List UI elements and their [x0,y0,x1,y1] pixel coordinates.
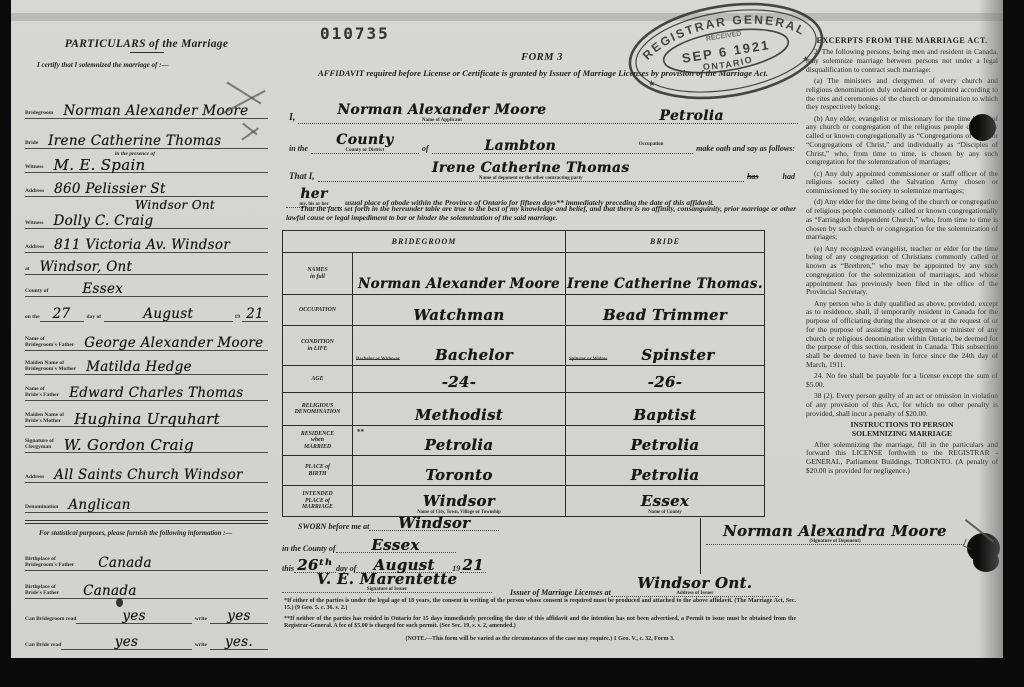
field-witness2: Witness Dolly C. Craig [25,204,268,229]
condition-bride: Spinster or Widow Spinster [566,326,764,366]
note-line: (NOTE.—This form will be varied as the c… [284,636,796,643]
certify-line: I certify that I solemnized the marriage… [25,61,268,69]
excerpt-paragraph: (a) The ministers and clergymen of every… [806,77,998,112]
field-label: Witness [25,221,44,228]
deponent-signature-line: Norman Alexandra Moore (Signature of Dep… [706,524,964,545]
issuer-signature-blank: V. E. Marentette Signature of Issuer [282,572,492,593]
title-rule [130,52,164,53]
blank-sublabel: Occupation [609,142,693,147]
footnote-2: **If neither of the parties has resided … [284,616,796,630]
cell-value: -24- [442,375,477,392]
marriage-affidavit-scan: PARTICULARS of the Marriage I certify th… [0,0,1024,687]
row-label-birthplace: PLACE of BIRTH [283,456,353,486]
cell-value: Petrolia [631,438,700,455]
cell-value: Petrolia [425,438,494,455]
applicant-residence: Petrolia [660,108,724,124]
occupation-blank: Occupation [609,141,693,154]
field-label: Maiden Name of Bridegroom's Mother [25,361,76,374]
scan-bottom-band [0,658,1024,687]
field-label: Signature of Clergyman [25,439,54,452]
printed-had: had [780,172,798,182]
field-label: Denomination [25,505,58,512]
particulars-section: PARTICULARS of the Marriage I certify th… [25,38,268,658]
row-label-intended-place: INTENDED PLACE of MARRIAGE [283,486,353,516]
date-year: 21 [242,307,268,322]
excerpt-paragraph: (c) Any duly appointed commissioner or s… [806,170,998,196]
table-header-bridegroom: BRIDEGROOM [283,231,566,253]
cell-value: Baptist [634,408,697,425]
field-bride-father: Name of Bride's Father Edward Charles Th… [25,376,268,401]
field-denomination: Denomination Anglican [25,488,268,513]
bride-read-value: yes [61,635,192,650]
field-groom-mother: Maiden Name of Bridegroom's Mother Matil… [25,350,268,375]
cell-value: Petrolia [631,468,700,485]
cell-value: Irene Catherine Thomas. [567,277,763,294]
row-label-names: NAMES in full [283,253,353,295]
field-label: write [192,617,210,624]
excerpt-paragraph: (e) Any recognized evangelist, teacher o… [806,245,998,298]
occupation-bride: Bead Trimmer [566,295,764,326]
her-word: her [300,186,327,202]
particulars-title: PARTICULARS of the Marriage [25,38,268,50]
sworn-place: Windsor [398,514,470,532]
field-label: Address [25,475,44,482]
field-label: County of [25,289,48,296]
groom-write-value: yes [210,609,268,624]
field-groom-father: Name of Bridegroom's Father George Alexa… [25,326,268,351]
footnote-1: *If either of the parties is under the l… [284,598,796,612]
field-value: 860 Pelissier St [44,182,268,196]
age-bride: -26- [566,366,764,393]
row-label-occupation: OCCUPATION [283,295,353,326]
applicant-residence-blank: Petrolia [585,110,798,124]
field-value: Irene Catherine Thomas [38,134,268,148]
printed-option: Bachelor or Widower [356,357,400,362]
excerpt-paragraph: Any person who is duly qualified as abov… [806,300,998,370]
field-value: Matilda Hedge [76,360,268,374]
field-label: Bride [25,141,38,148]
printed-text: I, [286,112,298,124]
blank-sublabel: Name of deponent or the other contractin… [318,176,744,181]
excerpt-paragraphs: 2. The following persons, being men and … [806,48,998,418]
ink-blot [116,598,123,607]
statistical-note: For statistical purposes, please furnish… [25,530,282,538]
field-bride-mother: Maiden Name of Bride's Mother Hughina Ur… [25,402,268,427]
field-label: 19 [233,315,243,322]
deponent-name-blank: Irene Catherine Thomas Name of deponent … [318,162,744,182]
issuer-signature: V. E. Marentette [317,570,458,588]
field-label: Birthplace of Bridegroom's Father [25,557,74,570]
deponent-name: Irene Catherine Thomas [432,160,630,176]
line-county: in the County County or District of Lamb… [286,134,798,154]
sworn-place-line: SWORN before me at Windsor [298,516,499,531]
field-stat-groom-father: Birthplace of Bridegroom's Father Canada [25,546,268,571]
field-label: Bridegroom [25,111,53,118]
field-clergy-address: Address All Saints Church Windsor [25,458,268,483]
cell-sublabel: Name of County [566,510,764,515]
facts-paragraph: That the facts set forth in the hereunde… [286,204,796,222]
sworn-block: SWORN before me at Windsor in the County… [282,516,802,596]
printed-text: of [419,144,432,154]
sworn-county: Essex [371,536,419,554]
field-label: day of [84,315,105,322]
date-day: 27 [40,307,84,322]
sworn-year-blank: 21 [460,558,486,573]
names-groom: Norman Alexander Moore [353,253,566,295]
intended-groom: Windsor Name of City, Town, Village or T… [353,486,566,516]
groom-read-value: yes [76,609,191,624]
printed-has: has [744,172,762,182]
residence-bride: Petrolia [566,426,764,456]
field-label: Can Bride read [25,643,61,650]
condition-groom: Bachelor or Widower Bachelor [353,326,566,366]
cell-value: Toronto [425,468,492,485]
issuer-address: Windsor Ont. [637,574,752,592]
line-applicant: I, Norman Alexander Moore Name of Applic… [286,104,798,124]
cell-value: Norman Alexander Moore [358,277,560,294]
stamp-star-left: ★ [648,79,656,89]
printed-text: SWORN before me at [298,522,369,531]
line-deponent: That I, Irene Catherine Thomas Name of d… [286,162,798,182]
applicant-name-blank: Norman Alexander Moore Name of Applicant [298,104,585,124]
field-value: W. Gordon Craig [54,438,268,452]
marriage-act-excerpts: EXCERPTS FROM THE MARRIAGE ACT. 2. The f… [806,36,998,476]
cell-value: Bead Trimmer [603,308,727,325]
sworn-county-blank: Essex [336,538,456,553]
serial-number: 010735 [320,24,390,43]
stamp-star-right: ★ [802,54,810,64]
excerpt-paragraph: 2. The following persons, being men and … [806,48,998,74]
row-label-condition: CONDITION in LIFE [283,326,353,366]
issuer-signature-line: V. E. Marentette Signature of Issuer [282,572,492,593]
sworn-county-line: in the County of Essex [282,538,456,553]
blank-sublabel: County or District [311,148,419,153]
stamp-received: RECEIVED [706,30,742,43]
field-label: Name of Bride's Father [25,387,59,400]
field-label: Can Bridegroom read [25,617,76,624]
field-value: Canada [74,556,268,570]
field-label: Name of Bridegroom's Father [25,337,74,350]
footnote-marker: ** [357,428,364,436]
religion-groom: Methodist [353,393,566,426]
scan-left-edge [6,0,11,658]
excerpts-title: EXCERPTS FROM THE MARRIAGE ACT. [806,36,998,45]
age-groom: -24- [353,366,566,393]
scan-right-band [1003,0,1024,687]
scan-edge-shade [978,0,1003,658]
applicant-name: Norman Alexander Moore [337,102,546,118]
field-value: Edward Charles Thomas [59,386,268,400]
bride-write-value: yes. [210,635,268,650]
county-name-blank: Lambton [432,140,610,154]
row-label-religion: RELIGIOUS DENOMINATION [283,393,353,426]
date-month: August [104,307,232,322]
cell-value: Watchman [413,308,504,325]
field-value: George Alexander Moore [74,336,268,350]
field-groom-read-write: Can Bridegroom read yes write yes [25,600,268,624]
cell-value: Bachelor [405,348,513,365]
bridegroom-bride-table: BRIDEGROOM BRIDE NAMES in full Norman Al… [282,230,765,517]
residence-groom: ** Petrolia [353,426,566,456]
section-divider [25,520,268,524]
blank-sublabel: Name of Applicant [298,118,585,123]
religion-bride: Baptist [566,393,764,426]
occupation-groom: Watchman [353,295,566,326]
field-label: Maiden Name of Bride's Mother [25,413,64,426]
field-county: County of Essex [25,272,268,297]
instructions-title: INSTRUCTIONS TO PERSON SOLEMNIZING MARRI… [806,421,998,438]
printed-text: make oath and say as follows: [693,144,798,154]
field-label: Witness [25,165,44,172]
birthplace-bride: Petrolia [566,456,764,486]
deponent-signature: Norman Alexandra Moore [723,522,947,540]
field-marriage-date: on the 27 day of August 19 21 [25,298,268,322]
field-value: All Saints Church Windsor [44,468,268,482]
printed-text: That I, [286,171,318,182]
field-value: Dolly C. Craig [44,214,268,228]
field-label: Birthplace of Bride's Father [25,585,59,598]
sworn-place-blank: Windsor [369,516,499,531]
county-word: County [336,132,393,148]
excerpt-paragraph: (d) Any elder for the time being of the … [806,198,998,242]
row-label-residence: RESIDENCE when MARRIED [283,426,353,456]
field-stat-bride-father: Birthplace of Bride's Father Canada [25,574,268,599]
issuer-address-line: Issuer of Marriage Licenses at Windsor O… [510,576,779,597]
printed-text: in the [286,144,311,154]
field-witness1: Witness M. E. Spain [25,148,268,173]
field-clergy-signature: Signature of Clergyman W. Gordon Craig [25,428,268,453]
cell-value: Spinster [615,348,714,365]
table-header-bride: BRIDE [566,231,764,253]
instructions-body: After solemnizing the marriage, fill in … [806,441,998,476]
printed-option: Spinster or Widow [569,357,607,362]
county-name: Lambton [485,138,557,154]
issuer-address-blank: Windsor Ont. Address of Issuer [611,576,779,597]
excerpt-paragraph: 24. No fee shall be payable for a licens… [806,372,998,390]
bracket-line [700,518,701,574]
field-value: M. E. Spain [44,158,268,172]
field-address1: Address 860 Pelissier St [25,172,268,197]
field-bride-read-write: Can Bride read yes write yes. [25,626,268,650]
intended-bride: Essex Name of County [566,486,764,516]
field-label: Address [25,189,44,196]
deponent-signature-blank: Norman Alexandra Moore (Signature of Dep… [706,524,964,545]
field-bride: Bride Irene Catherine Thomas [25,124,268,149]
field-value: Hughina Urquhart [64,412,268,426]
printed-text: in the County of [282,544,336,553]
field-label: on the [25,315,40,322]
printed-text: Issuer of Marriage Licenses at [510,588,611,597]
birthplace-groom: Toronto [353,456,566,486]
field-value: Essex [48,282,268,296]
field-value: Anglican [58,498,268,512]
excerpt-paragraph: 38 (2). Every person guilty of an act or… [806,392,998,418]
field-value: Canada [59,584,268,598]
county-word-blank: County County or District [311,134,419,154]
row-label-age: AGE [283,366,353,393]
cell-value: Methodist [415,408,503,425]
names-bride: Irene Catherine Thomas. [566,253,764,295]
blank-sublabel: Signature of Issuer [282,587,492,592]
cell-value: -26- [648,375,683,392]
field-label: write [192,643,210,650]
